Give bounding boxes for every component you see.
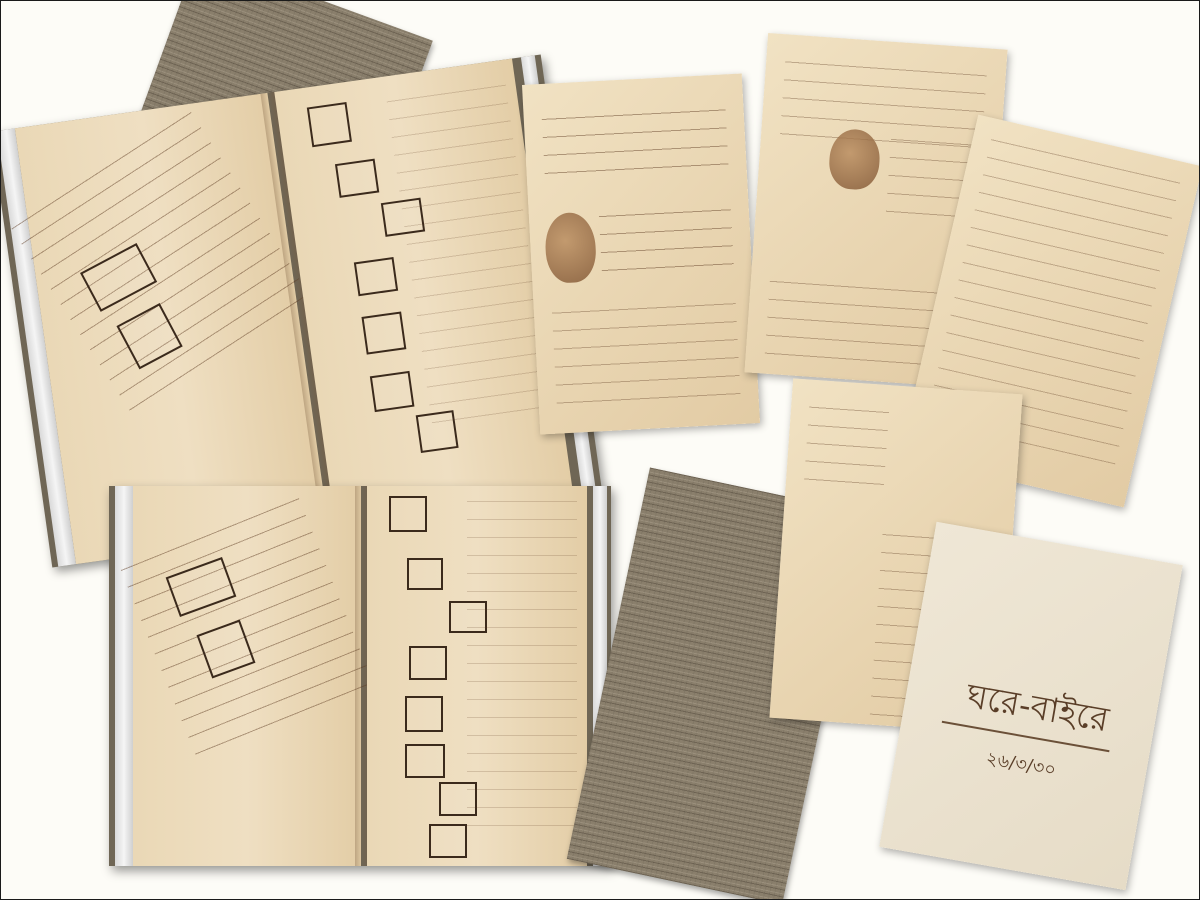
- notebook-right-page: [367, 486, 587, 866]
- portrait-sketch: [544, 211, 598, 284]
- photo-frame: ঘরে-বাইরে ২৬/৩/৩০: [0, 0, 1200, 900]
- open-notebook-bottom: [109, 486, 611, 866]
- signature-date: ২৬/৩/৩০: [983, 744, 1058, 787]
- notebook-left-page: [133, 486, 361, 866]
- loose-page-portrait: [522, 73, 760, 434]
